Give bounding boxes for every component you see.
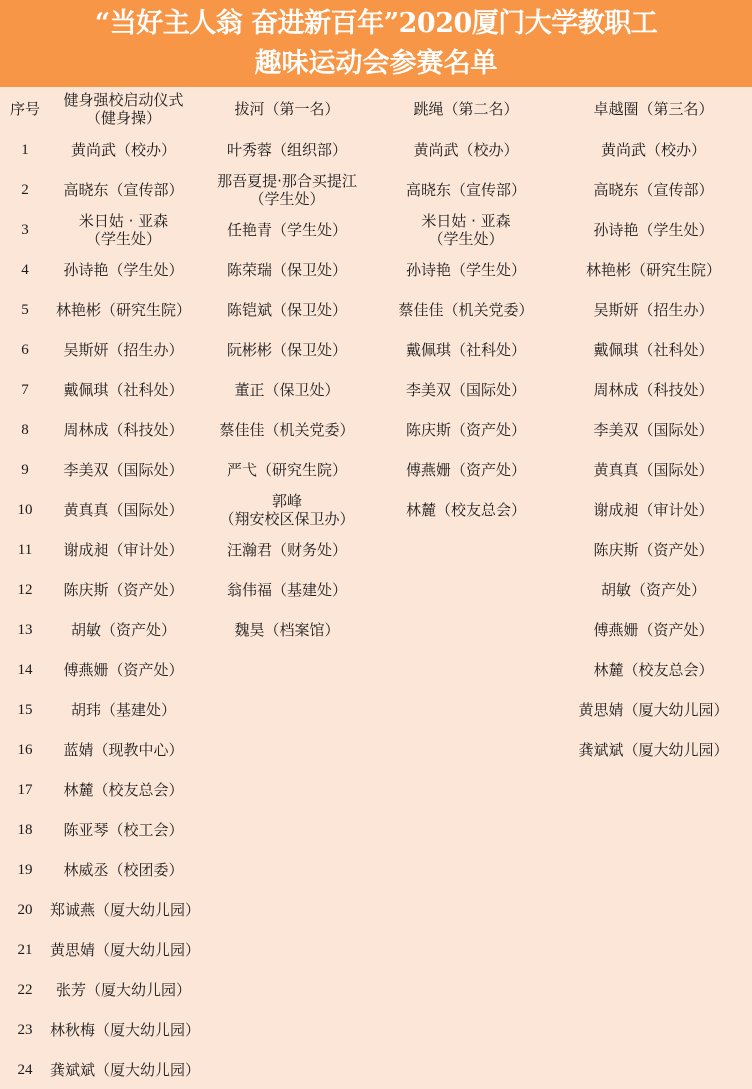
jump-rope-cell <box>377 610 555 650</box>
participant-name: 谢成昶（审计处） <box>555 501 752 519</box>
aerobics-cell: 孙诗艳（学生处） <box>50 250 197 290</box>
aerobics-cell: 黄尚武（校办） <box>50 130 197 170</box>
participant-name: 董正（保卫处） <box>197 381 377 399</box>
participant-name: 李美双（国际处） <box>377 381 555 399</box>
row-index: 11 <box>0 530 50 570</box>
participant-name: 孙诗艳（学生处） <box>50 261 197 279</box>
aerobics-cell: 林麓（校友总会） <box>50 770 197 810</box>
participant-name: 魏昊（档案馆） <box>197 621 377 639</box>
row-index: 20 <box>0 890 50 930</box>
table-row: 22张芳（厦大幼儿园） <box>0 970 752 1010</box>
table-row: 4孙诗艳（学生处）陈荣瑞（保卫处）孙诗艳（学生处）林艳彬（研究生院） <box>0 250 752 290</box>
participant-name: 任艳青（学生处） <box>197 221 377 239</box>
row-index: 1 <box>0 130 50 170</box>
jump-rope-cell: 黄尚武（校办） <box>377 130 555 170</box>
column-header-index: 序号 <box>0 88 50 130</box>
table-row: 23林秋梅（厦大幼儿园） <box>0 1010 752 1050</box>
jump-rope-cell: 高晓东（宣传部） <box>377 170 555 210</box>
aerobics-cell: 戴佩琪（社科处） <box>50 370 197 410</box>
participant-name: 龚斌斌（厦大幼儿园） <box>555 741 752 759</box>
aerobics-cell: 傅燕姗（资产处） <box>50 650 197 690</box>
row-index: 10 <box>0 490 50 530</box>
row-index: 22 <box>0 970 50 1010</box>
excellence-circle-cell <box>555 1050 752 1089</box>
jump-rope-cell <box>377 1050 555 1089</box>
jump-rope-cell <box>377 570 555 610</box>
excellence-circle-cell: 林艳彬（研究生院） <box>555 250 752 290</box>
participant-name: 林艳彬（研究生院） <box>50 301 197 319</box>
aerobics-cell: 谢成昶（审计处） <box>50 530 197 570</box>
aerobics-cell: 蓝婧（现教中心） <box>50 730 197 770</box>
tug-of-war-cell: 翁伟福（基建处） <box>197 570 377 610</box>
jump-rope-cell <box>377 690 555 730</box>
excellence-circle-cell <box>555 770 752 810</box>
participant-name: 孙诗艳（学生处） <box>555 221 752 239</box>
tug-of-war-cell <box>197 890 377 930</box>
tug-of-war-cell <box>197 970 377 1010</box>
table-row: 13胡敏（资产处）魏昊（档案馆）傅燕姗（资产处） <box>0 610 752 650</box>
aerobics-cell: 米日姑 · 亚森（学生处） <box>50 210 197 250</box>
aerobics-cell: 张芳（厦大幼儿园） <box>50 970 197 1010</box>
participant-name: 蔡佳佳（机关党委） <box>197 421 377 439</box>
tug-of-war-cell: 蔡佳佳（机关党委） <box>197 410 377 450</box>
aerobics-cell: 吴斯妍（招生办） <box>50 330 197 370</box>
row-index: 7 <box>0 370 50 410</box>
row-index: 24 <box>0 1050 50 1089</box>
tug-of-war-cell <box>197 770 377 810</box>
jump-rope-cell: 戴佩琪（社科处） <box>377 330 555 370</box>
excellence-circle-cell <box>555 970 752 1010</box>
participant-name: 李美双（国际处） <box>555 421 752 439</box>
table-row: 10黄真真（国际处）郭峰（翔安校区保卫办）林麓（校友总会）谢成昶（审计处） <box>0 490 752 530</box>
row-index: 2 <box>0 170 50 210</box>
participant-name: （学生处） <box>377 230 555 248</box>
participant-name: 高晓东（宣传部） <box>50 181 197 199</box>
tug-of-war-cell: 那吾夏提·那合买提江（学生处） <box>197 170 377 210</box>
jump-rope-cell: 米日姑 · 亚森（学生处） <box>377 210 555 250</box>
tug-of-war-cell <box>197 850 377 890</box>
participant-name: 黄真真（国际处） <box>50 501 197 519</box>
aerobics-cell: 陈庆斯（资产处） <box>50 570 197 610</box>
participant-name: （学生处） <box>197 190 377 208</box>
roster-page: “当好主人翁 奋进新百年”2020厦门大学教职工 趣味运动会参赛名单 序号 健身… <box>0 0 752 1089</box>
row-index: 6 <box>0 330 50 370</box>
participant-name: 黄思婧（厦大幼儿园） <box>50 941 197 959</box>
participant-name: 吴斯妍（招生办） <box>555 301 752 319</box>
excellence-circle-cell: 龚斌斌（厦大幼儿园） <box>555 730 752 770</box>
tug-of-war-cell <box>197 930 377 970</box>
participant-name: 周林成（科技处） <box>555 381 752 399</box>
column-header-aerobics-line1: 健身强校启动仪式 <box>50 91 197 109</box>
participant-name: 胡敏（资产处） <box>50 621 197 639</box>
participant-name: 傅燕姗（资产处） <box>50 661 197 679</box>
tug-of-war-cell <box>197 650 377 690</box>
excellence-circle-cell: 吴斯妍（招生办） <box>555 290 752 330</box>
excellence-circle-cell <box>555 810 752 850</box>
row-index: 23 <box>0 1010 50 1050</box>
tug-of-war-cell: 郭峰（翔安校区保卫办） <box>197 490 377 530</box>
aerobics-cell: 胡敏（资产处） <box>50 610 197 650</box>
aerobics-cell: 李美双（国际处） <box>50 450 197 490</box>
aerobics-cell: 龚斌斌（厦大幼儿园） <box>50 1050 197 1089</box>
roster-table: 序号 健身强校启动仪式 （健身操） 拔河（第一名） 跳绳（第二名） 卓越圈（第三… <box>0 88 752 1089</box>
column-header-tug-of-war: 拔河（第一名） <box>197 88 377 130</box>
tug-of-war-cell: 汪瀚君（财务处） <box>197 530 377 570</box>
participant-name: 蓝婧（现教中心） <box>50 741 197 759</box>
table-row: 19林威丞（校团委） <box>0 850 752 890</box>
excellence-circle-cell: 胡敏（资产处） <box>555 570 752 610</box>
column-header-aerobics-line2: （健身操） <box>50 109 197 127</box>
excellence-circle-cell: 高晓东（宣传部） <box>555 170 752 210</box>
excellence-circle-cell: 谢成昶（审计处） <box>555 490 752 530</box>
participant-name: 黄尚武（校办） <box>377 141 555 159</box>
jump-rope-cell: 傅燕姗（资产处） <box>377 450 555 490</box>
aerobics-cell: 黄真真（国际处） <box>50 490 197 530</box>
participant-name: 胡玮（基建处） <box>50 701 197 719</box>
table-row: 5林艳彬（研究生院）陈铠斌（保卫处）蔡佳佳（机关党委）吴斯妍（招生办） <box>0 290 752 330</box>
jump-rope-cell <box>377 770 555 810</box>
participant-name: 高晓东（宣传部） <box>555 181 752 199</box>
table-row: 7戴佩琪（社科处）董正（保卫处）李美双（国际处）周林成（科技处） <box>0 370 752 410</box>
header-row: 序号 健身强校启动仪式 （健身操） 拔河（第一名） 跳绳（第二名） 卓越圈（第三… <box>0 88 752 130</box>
jump-rope-cell <box>377 1010 555 1050</box>
table-row: 14傅燕姗（资产处）林麓（校友总会） <box>0 650 752 690</box>
excellence-circle-cell: 林麓（校友总会） <box>555 650 752 690</box>
participant-name: 陈亚琴（校工会） <box>50 821 197 839</box>
column-header-jump-rope: 跳绳（第二名） <box>377 88 555 130</box>
row-index: 18 <box>0 810 50 850</box>
participant-name: 张芳（厦大幼儿园） <box>50 981 197 999</box>
jump-rope-cell <box>377 730 555 770</box>
participant-name: 林麓（校友总会） <box>377 501 555 519</box>
table-row: 24龚斌斌（厦大幼儿园） <box>0 1050 752 1089</box>
table-row: 2高晓东（宣传部）那吾夏提·那合买提江（学生处）高晓东（宣传部）高晓东（宣传部） <box>0 170 752 210</box>
excellence-circle-cell: 傅燕姗（资产处） <box>555 610 752 650</box>
row-index: 17 <box>0 770 50 810</box>
participant-name: 林麓（校友总会） <box>555 661 752 679</box>
participant-name: 翁伟福（基建处） <box>197 581 377 599</box>
column-header-aerobics: 健身强校启动仪式 （健身操） <box>50 88 197 130</box>
tug-of-war-cell: 叶秀蓉（组织部） <box>197 130 377 170</box>
table-row: 15胡玮（基建处）黄思婧（厦大幼儿园） <box>0 690 752 730</box>
participant-name: 黄真真（国际处） <box>555 461 752 479</box>
aerobics-cell: 陈亚琴（校工会） <box>50 810 197 850</box>
participant-name: 林秋梅（厦大幼儿园） <box>50 1021 197 1039</box>
participant-name: 周林成（科技处） <box>50 421 197 439</box>
participant-name: 陈铠斌（保卫处） <box>197 301 377 319</box>
title-banner: “当好主人翁 奋进新百年”2020厦门大学教职工 趣味运动会参赛名单 <box>0 0 752 87</box>
table-row: 18陈亚琴（校工会） <box>0 810 752 850</box>
row-index: 15 <box>0 690 50 730</box>
tug-of-war-cell: 董正（保卫处） <box>197 370 377 410</box>
participant-name: 那吾夏提·那合买提江 <box>197 172 377 190</box>
row-index: 13 <box>0 610 50 650</box>
participant-name: 陈庆斯（资产处） <box>555 541 752 559</box>
excellence-circle-cell: 陈庆斯（资产处） <box>555 530 752 570</box>
jump-rope-cell <box>377 970 555 1010</box>
jump-rope-cell: 李美双（国际处） <box>377 370 555 410</box>
aerobics-cell: 林秋梅（厦大幼儿园） <box>50 1010 197 1050</box>
participant-name: 米日姑 · 亚森 <box>377 212 555 230</box>
participant-name: 黄尚武（校办） <box>50 141 197 159</box>
table-row: 11谢成昶（审计处）汪瀚君（财务处）陈庆斯（资产处） <box>0 530 752 570</box>
table-row: 8周林成（科技处）蔡佳佳（机关党委）陈庆斯（资产处）李美双（国际处） <box>0 410 752 450</box>
table-row: 17林麓（校友总会） <box>0 770 752 810</box>
row-index: 3 <box>0 210 50 250</box>
tug-of-war-cell: 任艳青（学生处） <box>197 210 377 250</box>
row-index: 4 <box>0 250 50 290</box>
excellence-circle-cell: 黄思婧（厦大幼儿园） <box>555 690 752 730</box>
participant-name: 戴佩琪（社科处） <box>555 341 752 359</box>
participant-name: 陈庆斯（资产处） <box>50 581 197 599</box>
participant-name: 戴佩琪（社科处） <box>50 381 197 399</box>
row-index: 21 <box>0 930 50 970</box>
participant-name: 吴斯妍（招生办） <box>50 341 197 359</box>
tug-of-war-cell: 魏昊（档案馆） <box>197 610 377 650</box>
participant-name: 郑诚燕（厦大幼儿园） <box>50 901 197 919</box>
row-index: 16 <box>0 730 50 770</box>
tug-of-war-cell <box>197 730 377 770</box>
participant-name: 米日姑 · 亚森 <box>50 212 197 230</box>
row-index: 5 <box>0 290 50 330</box>
participant-name: 陈庆斯（资产处） <box>377 421 555 439</box>
table-row: 12陈庆斯（资产处）翁伟福（基建处）胡敏（资产处） <box>0 570 752 610</box>
participant-name: 傅燕姗（资产处） <box>555 621 752 639</box>
jump-rope-cell <box>377 530 555 570</box>
table-row: 21黄思婧（厦大幼儿园） <box>0 930 752 970</box>
participant-name: （学生处） <box>50 230 197 248</box>
page-title-line2: 趣味运动会参赛名单 <box>0 46 752 82</box>
tug-of-war-cell: 严弋（研究生院） <box>197 450 377 490</box>
jump-rope-cell <box>377 850 555 890</box>
tug-of-war-cell <box>197 1010 377 1050</box>
participant-name: 胡敏（资产处） <box>555 581 752 599</box>
jump-rope-cell <box>377 810 555 850</box>
jump-rope-cell: 孙诗艳（学生处） <box>377 250 555 290</box>
table-row: 9李美双（国际处）严弋（研究生院）傅燕姗（资产处）黄真真（国际处） <box>0 450 752 490</box>
aerobics-cell: 周林成（科技处） <box>50 410 197 450</box>
tug-of-war-cell <box>197 690 377 730</box>
aerobics-cell: 黄思婧（厦大幼儿园） <box>50 930 197 970</box>
tug-of-war-cell <box>197 1050 377 1089</box>
participant-name: 李美双（国际处） <box>50 461 197 479</box>
participant-name: 林艳彬（研究生院） <box>555 261 752 279</box>
aerobics-cell: 高晓东（宣传部） <box>50 170 197 210</box>
table-row: 16蓝婧（现教中心）龚斌斌（厦大幼儿园） <box>0 730 752 770</box>
participant-name: 高晓东（宣传部） <box>377 181 555 199</box>
tug-of-war-cell <box>197 810 377 850</box>
participant-name: 汪瀚君（财务处） <box>197 541 377 559</box>
row-index: 19 <box>0 850 50 890</box>
jump-rope-cell: 林麓（校友总会） <box>377 490 555 530</box>
participant-name: 陈荣瑞（保卫处） <box>197 261 377 279</box>
participant-name: 黄思婧（厦大幼儿园） <box>555 701 752 719</box>
row-index: 8 <box>0 410 50 450</box>
excellence-circle-cell: 孙诗艳（学生处） <box>555 210 752 250</box>
participant-name: （翔安校区保卫办） <box>197 510 377 528</box>
tug-of-war-cell: 陈铠斌（保卫处） <box>197 290 377 330</box>
excellence-circle-cell <box>555 850 752 890</box>
excellence-circle-cell: 戴佩琪（社科处） <box>555 330 752 370</box>
excellence-circle-cell <box>555 930 752 970</box>
jump-rope-cell <box>377 890 555 930</box>
participant-name: 孙诗艳（学生处） <box>377 261 555 279</box>
row-index: 12 <box>0 570 50 610</box>
table-row: 1黄尚武（校办）叶秀蓉（组织部）黄尚武（校办）黄尚武（校办） <box>0 130 752 170</box>
aerobics-cell: 林艳彬（研究生院） <box>50 290 197 330</box>
jump-rope-cell: 陈庆斯（资产处） <box>377 410 555 450</box>
participant-name: 林威丞（校团委） <box>50 861 197 879</box>
participant-name: 黄尚武（校办） <box>555 141 752 159</box>
row-index: 14 <box>0 650 50 690</box>
excellence-circle-cell: 周林成（科技处） <box>555 370 752 410</box>
participant-name: 郭峰 <box>197 492 377 510</box>
jump-rope-cell <box>377 650 555 690</box>
excellence-circle-cell: 李美双（国际处） <box>555 410 752 450</box>
row-index: 9 <box>0 450 50 490</box>
excellence-circle-cell: 黄尚武（校办） <box>555 130 752 170</box>
participant-name: 叶秀蓉（组织部） <box>197 141 377 159</box>
participant-name: 谢成昶（审计处） <box>50 541 197 559</box>
aerobics-cell: 胡玮（基建处） <box>50 690 197 730</box>
participant-name: 阮彬彬（保卫处） <box>197 341 377 359</box>
aerobics-cell: 林威丞（校团委） <box>50 850 197 890</box>
jump-rope-cell: 蔡佳佳（机关党委） <box>377 290 555 330</box>
tug-of-war-cell: 陈荣瑞（保卫处） <box>197 250 377 290</box>
tug-of-war-cell: 阮彬彬（保卫处） <box>197 330 377 370</box>
table-row: 20郑诚燕（厦大幼儿园） <box>0 890 752 930</box>
participant-name: 林麓（校友总会） <box>50 781 197 799</box>
excellence-circle-cell: 黄真真（国际处） <box>555 450 752 490</box>
table-row: 3米日姑 · 亚森（学生处）任艳青（学生处）米日姑 · 亚森（学生处）孙诗艳（学… <box>0 210 752 250</box>
participant-name: 蔡佳佳（机关党委） <box>377 301 555 319</box>
participant-name: 戴佩琪（社科处） <box>377 341 555 359</box>
jump-rope-cell <box>377 930 555 970</box>
table-row: 6吴斯妍（招生办）阮彬彬（保卫处）戴佩琪（社科处）戴佩琪（社科处） <box>0 330 752 370</box>
excellence-circle-cell <box>555 1010 752 1050</box>
aerobics-cell: 郑诚燕（厦大幼儿园） <box>50 890 197 930</box>
roster-body: 1黄尚武（校办）叶秀蓉（组织部）黄尚武（校办）黄尚武（校办）2高晓东（宣传部）那… <box>0 130 752 1089</box>
participant-name: 严弋（研究生院） <box>197 461 377 479</box>
column-header-excellence-circle: 卓越圈（第三名） <box>555 88 752 130</box>
participant-name: 傅燕姗（资产处） <box>377 461 555 479</box>
excellence-circle-cell <box>555 890 752 930</box>
participant-name: 龚斌斌（厦大幼儿园） <box>50 1061 197 1079</box>
page-title-line1: “当好主人翁 奋进新百年”2020厦门大学教职工 <box>0 6 752 42</box>
